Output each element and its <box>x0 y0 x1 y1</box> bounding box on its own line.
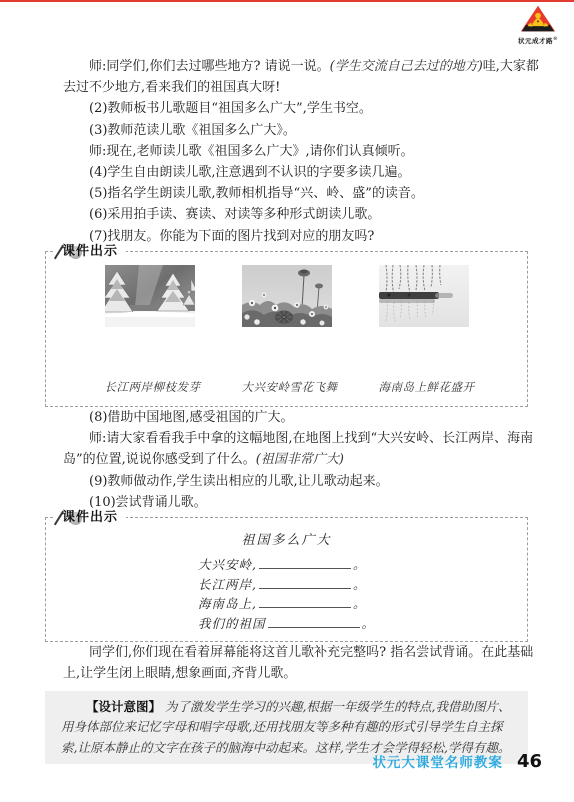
paragraph-closing: 同学们,你们现在看着屏幕能将这首儿歌补充完整吗? 指名尝试背诵。在此基础上,让学… <box>63 642 540 684</box>
lesson-plan-page: 状元成才路® 师:同学们,你们去过哪些地方? 请说一说。(学生交流自己去过的地方… <box>0 0 574 802</box>
photo-caption: 长江两岸柳枝发芽 <box>105 377 195 398</box>
rhyme-line: 长江两岸,。 <box>198 575 375 595</box>
rhyme-line: 大兴安岭,。 <box>198 555 375 575</box>
brand-logo: 状元成才路® <box>510 4 566 45</box>
fill-in-blank <box>259 575 351 589</box>
paragraph-step-3: (3)教师范读儿歌《祖国多么广大》。 <box>63 120 540 141</box>
teacher-note: (学生交流自己去过的地方) <box>330 59 483 74</box>
design-intent-label: 【设计意图】 <box>86 699 161 714</box>
scholar-triangle-icon <box>519 4 557 34</box>
paragraph-step-10: (10)尝试背诵儿歌。 <box>63 492 540 513</box>
page-footer: 状元大课堂名师教案 46 <box>372 751 542 772</box>
photo-snowy-fir-forest <box>105 265 195 327</box>
courseware-label: 课件出示 <box>54 242 126 262</box>
paragraph-step-8: (8)借助中国地图,感受祖国的广大。 <box>63 407 540 428</box>
paragraph-step-4: (4)学生自由朗读儿歌,注意遇到不认识的字要多读几遍。 <box>63 162 540 183</box>
rhyme-title: 祖国多么广大 <box>46 530 527 551</box>
photo-flower-field <box>242 265 332 327</box>
page-number: 46 <box>517 751 542 772</box>
fill-in-blank <box>259 594 351 608</box>
registered-mark: ® <box>553 37 558 42</box>
rhyme-lines: 大兴安岭,。 长江两岸,。 海南岛上,。 我们的祖国。 <box>198 555 375 633</box>
caption-row: 长江两岸柳枝发芽 大兴安岭雪花飞舞 海南岛上鲜花盛开 <box>46 377 527 398</box>
logo-brand-text: 状元成才路® <box>510 38 566 45</box>
lesson-content: 师:同学们,你们去过哪些地方? 请说一说。(学生交流自己去过的地方)哇,大家都去… <box>63 56 540 764</box>
courseware-box-images: 课件出示 <box>45 251 528 407</box>
photo-row <box>46 265 527 327</box>
paragraph-dialogue-2: 师:现在,老师读儿歌《祖国多么广大》,请你们认真倾听。 <box>63 141 540 162</box>
photo-caption: 海南岛上鲜花盛开 <box>379 377 469 398</box>
footer-brand-text: 状元大课堂名师教案 <box>372 751 503 771</box>
paragraph-dialogue-1: 师:同学们,你们去过哪些地方? 请说一说。(学生交流自己去过的地方)哇,大家都去… <box>63 56 540 98</box>
courseware-box-rhyme: 课件出示 祖国多么广大 大兴安岭,。 长江两岸,。 海南岛上,。 我们的祖国。 <box>45 517 528 642</box>
fill-in-blank <box>268 614 360 628</box>
paragraph-step-7: (7)找朋友。你能为下面的图片找到对应的朋友吗? <box>63 226 540 247</box>
fill-in-blank <box>259 555 351 569</box>
rhyme-line: 海南岛上,。 <box>198 594 375 614</box>
top-accent-line <box>0 0 574 2</box>
paragraph-step-2: (2)教师板书儿歌题目“祖国多么广大”,学生书空。 <box>63 98 540 119</box>
rhyme-line: 我们的祖国。 <box>198 614 375 634</box>
courseware-label: 课件出示 <box>54 508 126 528</box>
paragraph-step-5: (5)指名学生朗读儿歌,教师相机指导“兴、岭、盛”的读音。 <box>63 183 540 204</box>
paragraph-step-6: (6)采用拍手读、赛读、对读等多种形式朗读儿歌。 <box>63 204 540 225</box>
paragraph-step-9: (9)教师做动作,学生读出相应的儿歌,让儿歌动起来。 <box>63 471 540 492</box>
teacher-note: (祖国非常广大) <box>256 452 344 467</box>
photo-caption: 大兴安岭雪花飞舞 <box>242 377 332 398</box>
paragraph-dialogue-3: 师:请大家看看我手中拿的这幅地图,在地图上找到“大兴安岭、长江两岸、海南岛”的位… <box>63 428 540 470</box>
photo-willow-lake <box>379 265 469 327</box>
